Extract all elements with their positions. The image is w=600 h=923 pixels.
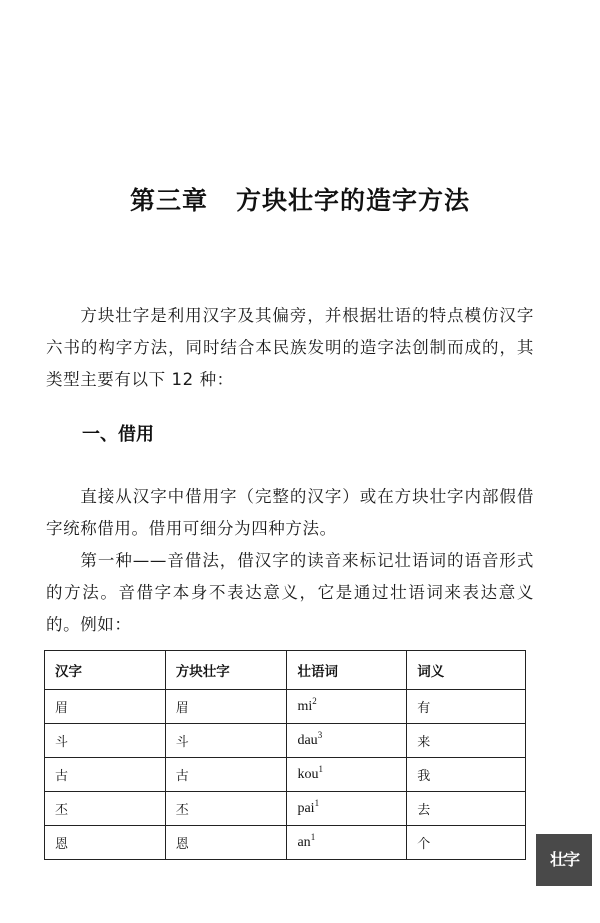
- cell-zhuang-word: dau3: [287, 724, 407, 758]
- table-row: 眉 眉 mi2 有: [45, 690, 526, 724]
- section-heading: 一、借用: [82, 420, 154, 446]
- cell-meaning: 有: [407, 690, 526, 724]
- cell-zhuang-word: pai1: [287, 792, 407, 826]
- corner-logo-icon: 壮字: [536, 834, 592, 886]
- chapter-name: 方块壮字的造字方法: [236, 186, 470, 215]
- cell-meaning: 去: [407, 792, 526, 826]
- cell-meaning: 来: [407, 724, 526, 758]
- header-hanzi: 汉字: [45, 651, 166, 690]
- cell-sawndip: 斗: [165, 724, 287, 758]
- body-paragraph-1: 直接从汉字中借用字（完整的汉字）或在方块壮字内部假借字统称借用。借用可细分为四种…: [46, 481, 534, 545]
- cell-sawndip: 眉: [165, 690, 287, 724]
- cell-sawndip: 古: [165, 758, 287, 792]
- cell-hanzi: 斗: [45, 724, 166, 758]
- chapter-title: 第三章方块壮字的造字方法: [0, 181, 600, 217]
- cell-sawndip: 恩: [165, 826, 287, 860]
- cell-hanzi: 丕: [45, 792, 166, 826]
- header-meaning: 词义: [407, 651, 526, 690]
- cell-hanzi: 恩: [45, 826, 166, 860]
- cell-meaning: 我: [407, 758, 526, 792]
- example-table: 汉字 方块壮字 壮语词 词义 眉 眉 mi2 有 斗 斗 dau3 来 古 古 …: [44, 650, 526, 860]
- intro-paragraph: 方块壮字是利用汉字及其偏旁，并根据壮语的特点模仿汉字六书的构字方法，同时结合本民…: [46, 300, 534, 396]
- header-sawndip: 方块壮字: [165, 651, 287, 690]
- cell-zhuang-word: kou1: [287, 758, 407, 792]
- body-paragraph-2: 第一种——音借法，借汉字的读音来标记壮语词的语音形式的方法。音借字本身不表达意义…: [46, 545, 534, 641]
- cell-zhuang-word: an1: [287, 826, 407, 860]
- header-zhuang-word: 壮语词: [287, 651, 407, 690]
- table-row: 古 古 kou1 我: [45, 758, 526, 792]
- cell-hanzi: 古: [45, 758, 166, 792]
- cell-meaning: 个: [407, 826, 526, 860]
- chapter-number: 第三章: [130, 186, 208, 215]
- table-row: 斗 斗 dau3 来: [45, 724, 526, 758]
- cell-sawndip: 丕: [165, 792, 287, 826]
- table-row: 恩 恩 an1 个: [45, 826, 526, 860]
- table-row: 丕 丕 pai1 去: [45, 792, 526, 826]
- table-header-row: 汉字 方块壮字 壮语词 词义: [45, 651, 526, 690]
- cell-hanzi: 眉: [45, 690, 166, 724]
- cell-zhuang-word: mi2: [287, 690, 407, 724]
